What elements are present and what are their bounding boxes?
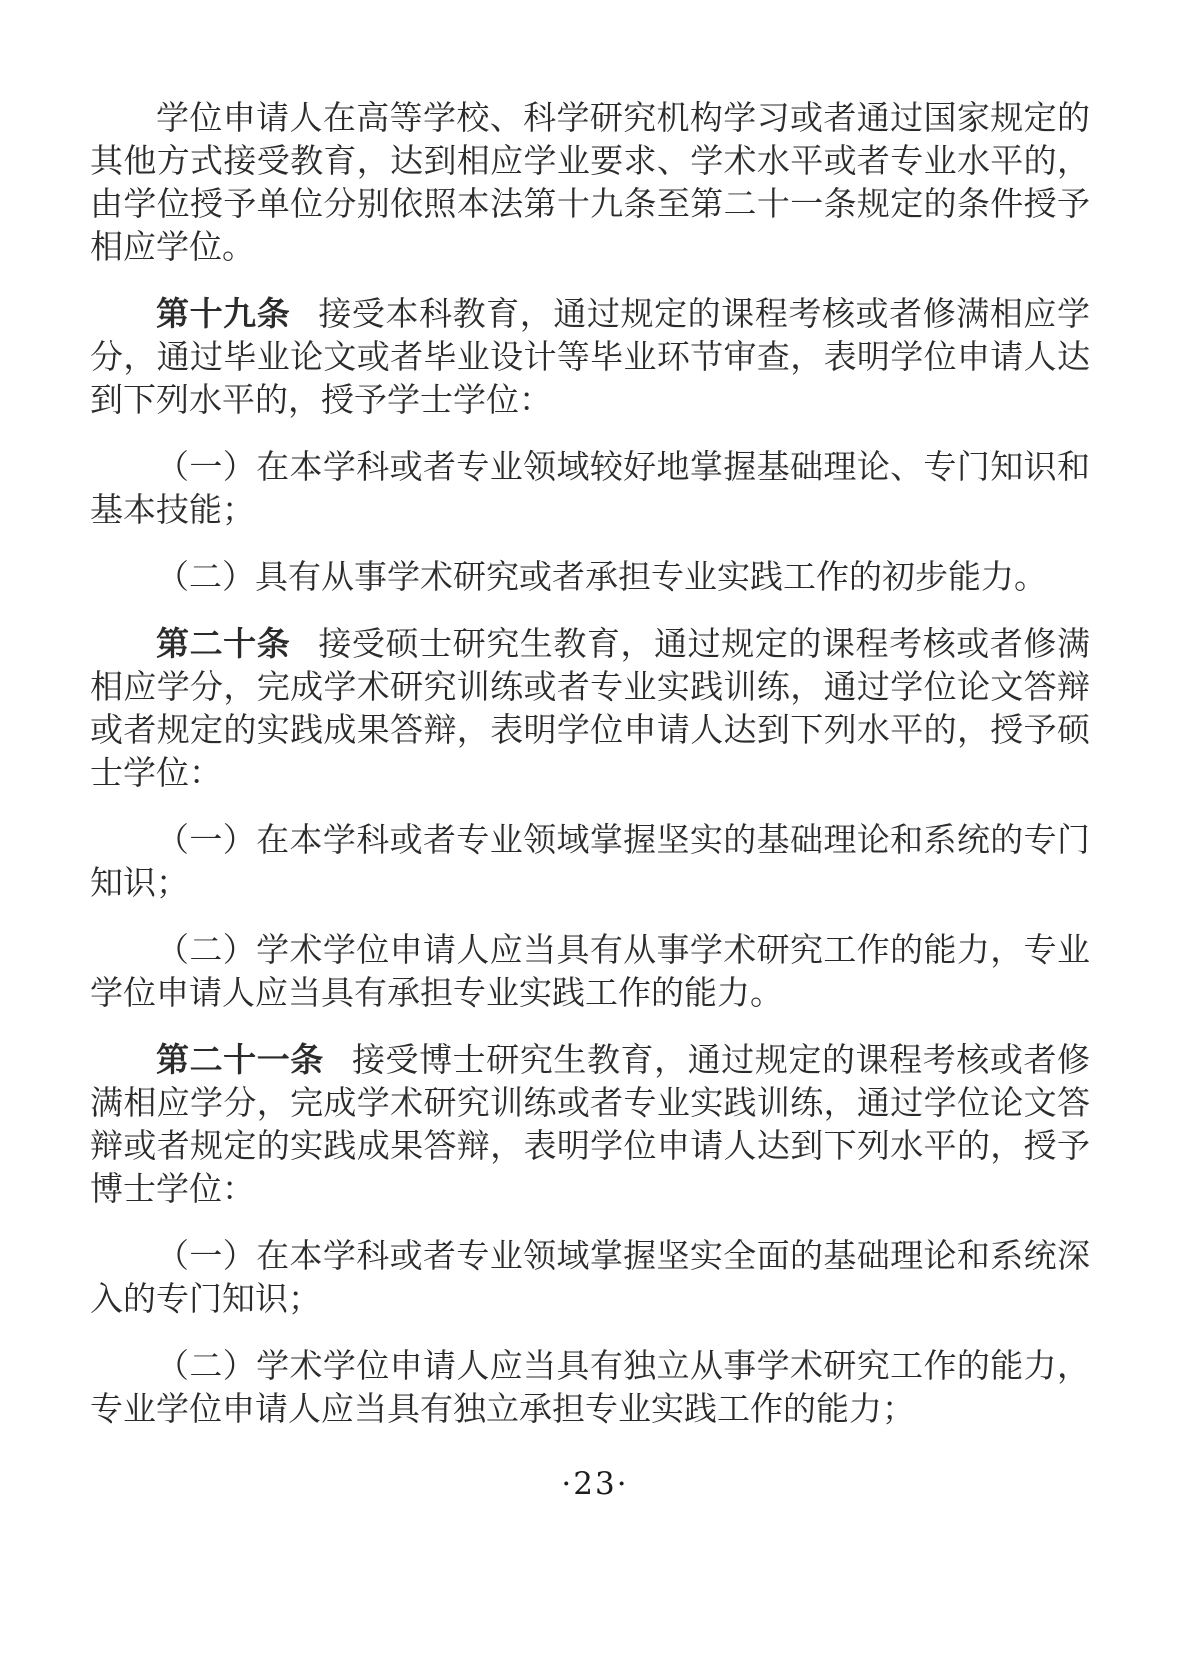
paragraph-list-item: （二）学术学位申请人应当具有独立从事学术研究工作的能力，专业学位申请人应当具有独… bbox=[90, 1344, 1090, 1430]
paragraph-text: （一）在本学科或者专业领域掌握坚实的基础理论和系统的专门知识； bbox=[90, 820, 1090, 902]
paragraph-text: 学位申请人在高等学校、科学研究机构学习或者通过国家规定的其他方式接受教育，达到相… bbox=[90, 98, 1090, 266]
article-number: 第二十条 bbox=[156, 624, 290, 663]
paragraph-text: （二）学术学位申请人应当具有独立从事学术研究工作的能力，专业学位申请人应当具有独… bbox=[90, 1346, 1090, 1428]
paragraph-article-21: 第二十一条接受博士研究生教育，通过规定的课程考核或者修满相应学分，完成学术研究训… bbox=[90, 1038, 1090, 1210]
paragraph-list-item: （二）学术学位申请人应当具有从事学术研究工作的能力，专业学位申请人应当具有承担专… bbox=[90, 928, 1090, 1014]
paragraph-article-19: 第十九条接受本科教育，通过规定的课程考核或者修满相应学分，通过毕业论文或者毕业设… bbox=[90, 292, 1090, 421]
paragraph-text: （二）具有从事学术研究或者承担专业实践工作的初步能力。 bbox=[156, 557, 1047, 596]
article-number: 第二十一条 bbox=[156, 1040, 324, 1079]
paragraph-text: （二）学术学位申请人应当具有从事学术研究工作的能力，专业学位申请人应当具有承担专… bbox=[90, 930, 1090, 1012]
paragraph-text: （一）在本学科或者专业领域掌握坚实全面的基础理论和系统深入的专门知识； bbox=[90, 1236, 1090, 1318]
paragraph-list-item: （一）在本学科或者专业领域掌握坚实的基础理论和系统的专门知识； bbox=[90, 818, 1090, 904]
paragraph: 学位申请人在高等学校、科学研究机构学习或者通过国家规定的其他方式接受教育，达到相… bbox=[90, 96, 1090, 268]
paragraph-text: （一）在本学科或者专业领域较好地掌握基础理论、专门知识和基本技能； bbox=[90, 447, 1090, 529]
page-number: ·23· bbox=[0, 1466, 1190, 1502]
paragraph-list-item: （一）在本学科或者专业领域掌握坚实全面的基础理论和系统深入的专门知识； bbox=[90, 1234, 1090, 1320]
document-page: 学位申请人在高等学校、科学研究机构学习或者通过国家规定的其他方式接受教育，达到相… bbox=[0, 0, 1190, 1670]
article-number: 第十九条 bbox=[156, 294, 290, 333]
paragraph-article-20: 第二十条接受硕士研究生教育，通过规定的课程考核或者修满相应学分，完成学术研究训练… bbox=[90, 622, 1090, 794]
paragraph-list-item: （二）具有从事学术研究或者承担专业实践工作的初步能力。 bbox=[90, 555, 1090, 598]
document-body-text: 学位申请人在高等学校、科学研究机构学习或者通过国家规定的其他方式接受教育，达到相… bbox=[90, 96, 1090, 1454]
paragraph-list-item: （一）在本学科或者专业领域较好地掌握基础理论、专门知识和基本技能； bbox=[90, 445, 1090, 531]
